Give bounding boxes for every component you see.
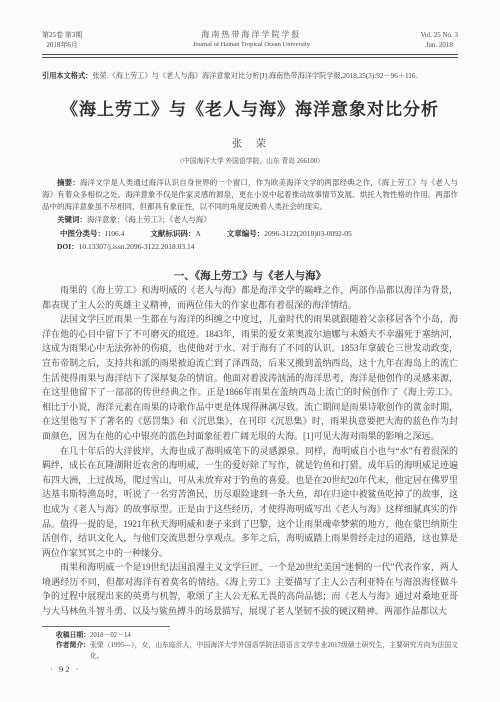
keywords: 关键词：海洋意象；《海上劳工》；《老人与海》 <box>42 214 458 226</box>
clc-number: 中图分类号：I106.4 <box>60 228 124 240</box>
doi-line: DOI：10.13307/j.issn.2096-3122.2018.03.14 <box>42 241 458 253</box>
body-paragraph: 雨果和海明威一个是19世纪法国浪漫主义文学巨匠，一个是20世纪美国“迷惘的一代”… <box>42 560 458 618</box>
date-en: Jun. 2018 <box>421 40 458 50</box>
article-title: 《海上劳工》与《老人与海》海洋意象对比分析 <box>42 99 458 121</box>
header-rule <box>42 54 458 58</box>
section-heading: 一、《海上劳工》与《老人与海》 <box>42 268 458 283</box>
abstract-label: 摘要： <box>57 178 80 187</box>
citation-label: 引用本文格式： <box>42 72 92 80</box>
journal-masthead: 第25卷 第3期 2018年6月 海南热带海洋学院学报 Journal of H… <box>42 30 458 50</box>
author-affiliation: （中国海洋大学 外国语学院，山东 青岛 266100） <box>42 155 458 165</box>
journal-name: 海南热带海洋学院学报 Journal of Hainan Tropical Oc… <box>82 30 420 50</box>
author-bio-row: 作者简介： 张荣（1995—），女，山东临沂人，中国海洋大学外国语学院法语语言文… <box>56 641 458 662</box>
body-paragraph: 雨果的《海上劳工》和海明威的《老人与海》都是海洋文学的巅峰之作，两部作品都以海洋… <box>42 283 458 312</box>
document-code: 文献标识码：A <box>150 228 200 240</box>
keywords-text: 海洋意象；《海上劳工》；《老人与海》 <box>87 215 211 224</box>
author-bio-text: 张荣（1995—），女，山东临沂人，中国海洋大学外国语学院法语语言文学专业201… <box>90 641 458 662</box>
vol-no-en: Vol. 25 No. 3 <box>421 30 458 40</box>
journal-name-en: Journal of Hainan Tropical Ocean Univers… <box>82 40 420 50</box>
citation-line: 引用本文格式：张荣.《海上劳工》与《老人与海》海洋意象对比分析[J].海南热带海… <box>42 71 458 81</box>
received-date-value: 2018－02－14 <box>90 631 458 642</box>
volume-issue-cn: 第25卷 第3期 <box>42 30 82 40</box>
received-date-row: 收稿日期： 2018－02－14 <box>56 631 458 642</box>
footnote-rule <box>42 626 170 627</box>
date-cn: 2018年6月 <box>42 40 82 50</box>
author-name: 张 荣 <box>42 135 458 150</box>
body-paragraph: 在几十年后的大洋彼岸，大海也成了海明威笔下的灵感源泉。同样，海明威自小也与“水”… <box>42 444 458 561</box>
page-number: · 92 · <box>50 664 80 674</box>
body-paragraph: 法国文学巨匠雨果一生都在与海洋的纠缠之中度过，儿童时代的雨果就跟随着父亲移居各个… <box>42 312 458 443</box>
author-bio-label: 作者简介： <box>56 641 90 662</box>
volume-issue-en: Vol. 25 No. 3 Jun. 2018 <box>421 30 458 50</box>
journal-name-cn: 海南热带海洋学院学报 <box>82 30 420 40</box>
doi-text: 10.13307/j.issn.2096-3122.2018.03.14 <box>79 242 195 251</box>
keywords-label: 关键词： <box>57 215 87 224</box>
article-id: 文章编号：2096-3122(2018)03-0092-05 <box>227 228 352 240</box>
footnote-block: 收稿日期： 2018－02－14 作者简介： 张荣（1995—），女，山东临沂人… <box>42 631 458 663</box>
abstract: 摘要：海洋文学是人类通过海洋认识自身世界的一个窗口，作为欧美海洋文学的两部经典之… <box>42 177 458 213</box>
volume-issue: 第25卷 第3期 2018年6月 <box>42 30 82 50</box>
citation-text: 张荣.《海上劳工》与《老人与海》海洋意象对比分析[J].海南热带海洋学院学报,2… <box>92 72 417 80</box>
doi-label: DOI： <box>57 242 79 251</box>
classification-row: 中图分类号：I106.4 文献标识码：A 文章编号：2096-3122(2018… <box>42 228 458 240</box>
received-date-label: 收稿日期： <box>56 631 90 642</box>
abstract-text: 海洋文学是人类通过海洋认识自身世界的一个窗口，作为欧美海洋文学的两部经典之作，《… <box>42 178 458 211</box>
journal-page: 第25卷 第3期 2018年6月 海南热带海洋学院学报 Journal of H… <box>0 0 500 702</box>
